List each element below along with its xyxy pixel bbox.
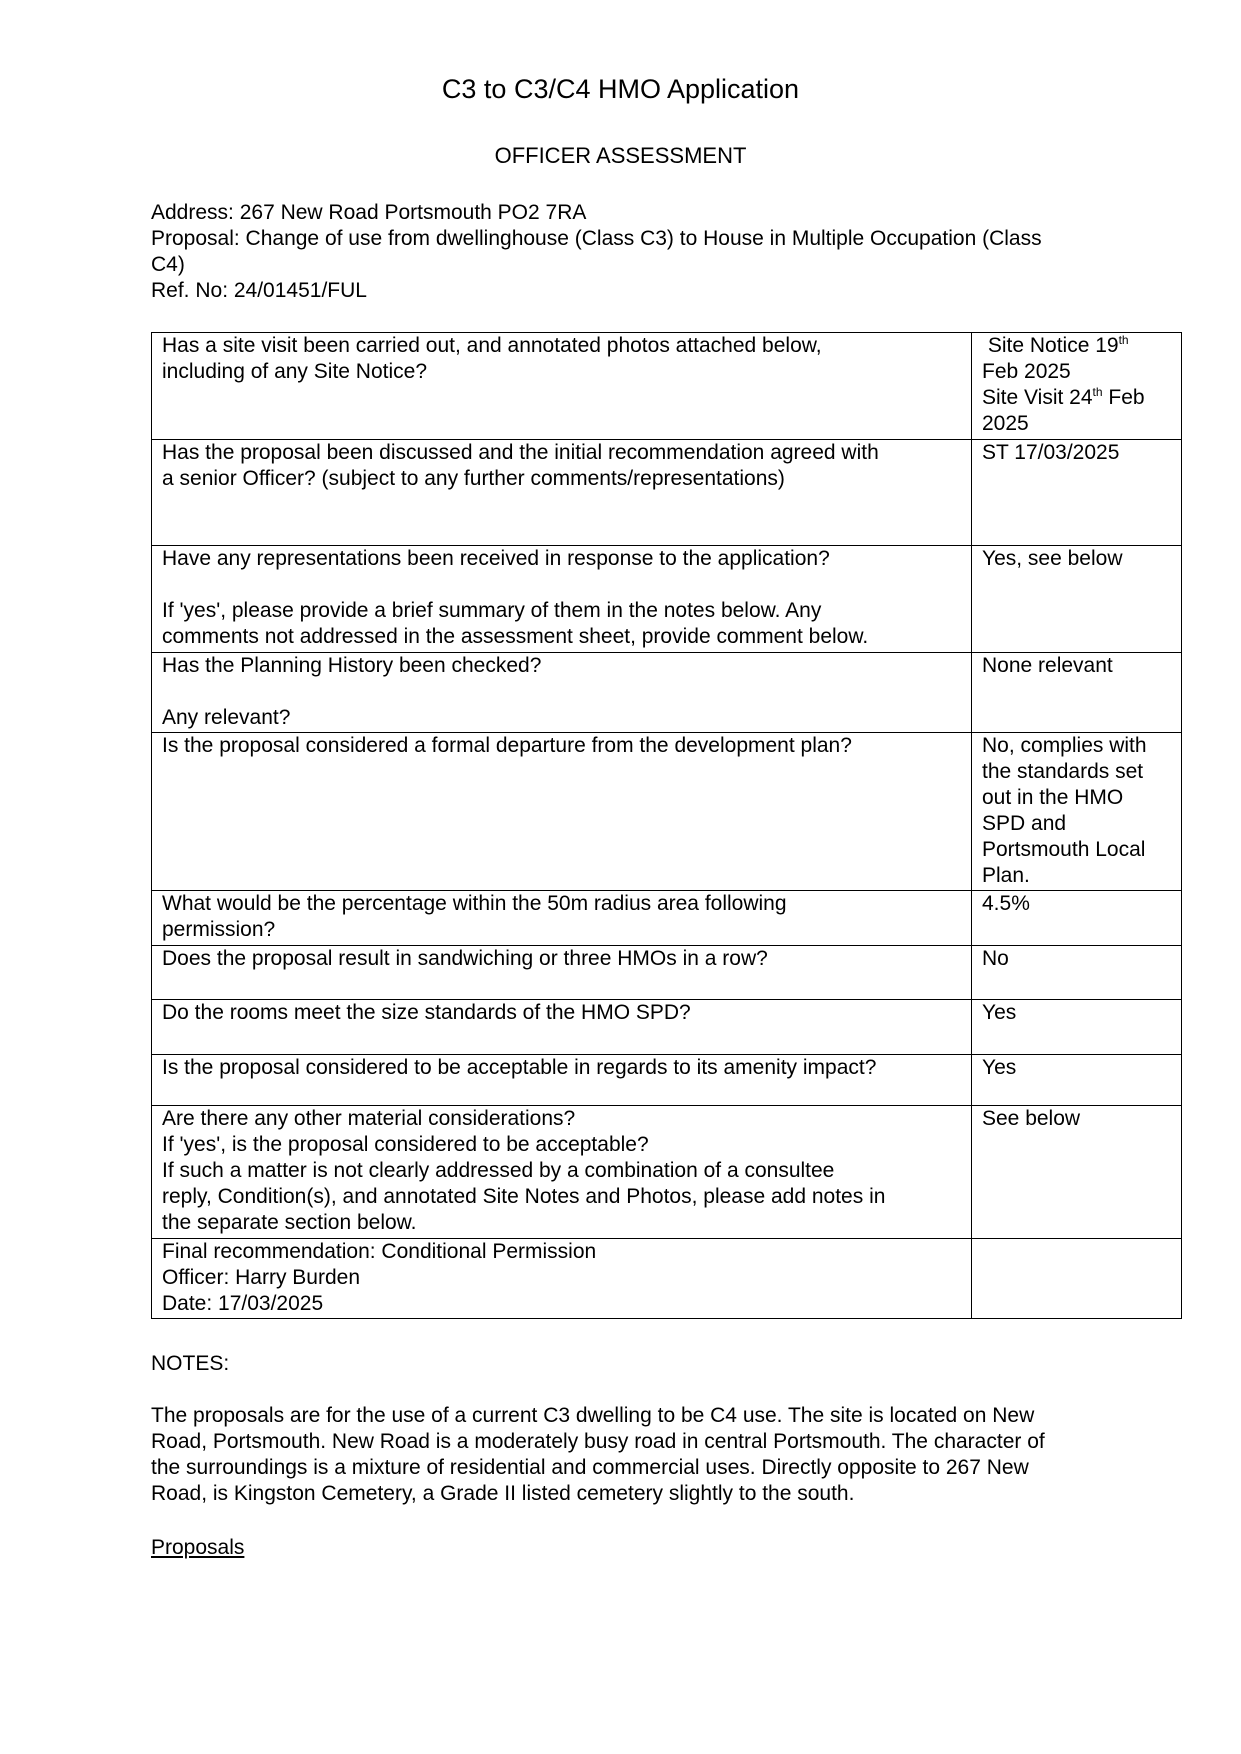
question-cell: Is the proposal considered to be accepta…	[152, 1055, 972, 1106]
question-cell: Are there any other material considerati…	[152, 1106, 972, 1239]
address: Address: 267 New Road Portsmouth PO2 7RA	[151, 200, 1141, 226]
question-cell: Is the proposal considered a formal depa…	[152, 733, 972, 891]
question-cell: Have any representations been received i…	[152, 546, 972, 653]
answer-cell: See below	[972, 1106, 1182, 1239]
notes-line: Road, is Kingston Cemetery, a Grade II l…	[151, 1481, 1151, 1507]
notes-line: The proposals are for the use of a curre…	[151, 1403, 1151, 1429]
application-details: Address: 267 New Road Portsmouth PO2 7RA…	[151, 200, 1141, 304]
answer-cell: Yes	[972, 1055, 1182, 1106]
notes-label: NOTES:	[151, 1352, 229, 1376]
table-row: Has the proposal been discussed and the …	[152, 440, 1182, 546]
question-text: Has a site visit been carried out, and a…	[162, 333, 961, 359]
answer-text: out in the HMO	[982, 785, 1171, 811]
table-row: Has the Planning History been checked? A…	[152, 653, 1182, 733]
answer-cell: No	[972, 946, 1182, 1000]
proposals-heading: Proposals	[151, 1536, 244, 1560]
table-row: Have any representations been received i…	[152, 546, 1182, 653]
site-notice-date-cont: Feb 2025	[982, 359, 1171, 385]
site-notice-date: Site Notice 19th	[982, 333, 1171, 359]
answer-text: No, complies with	[982, 733, 1171, 759]
question-text: Has the Planning History been checked?	[162, 653, 961, 679]
document-subtitle: OFFICER ASSESSMENT	[0, 143, 1241, 169]
table-row: Do the rooms meet the size standards of …	[152, 1000, 1182, 1055]
question-text: the separate section below.	[162, 1210, 961, 1236]
table-row: Is the proposal considered a formal depa…	[152, 733, 1182, 891]
table-row: Is the proposal considered to be accepta…	[152, 1055, 1182, 1106]
proposal-line-1: Proposal: Change of use from dwellinghou…	[151, 226, 1141, 252]
question-cell: Has the Planning History been checked? A…	[152, 653, 972, 733]
spacer	[162, 572, 961, 598]
question-cell: Do the rooms meet the size standards of …	[152, 1000, 972, 1055]
notes-line: Road, Portsmouth. New Road is a moderate…	[151, 1429, 1151, 1455]
question-text: including of any Site Notice?	[162, 359, 961, 385]
notes-line: the surroundings is a mixture of residen…	[151, 1455, 1151, 1481]
question-text: reply, Condition(s), and annotated Site …	[162, 1184, 961, 1210]
table-row: Does the proposal result in sandwiching …	[152, 946, 1182, 1000]
answer-text: the standards set	[982, 759, 1171, 785]
officer-name: Officer: Harry Burden	[162, 1265, 961, 1291]
question-text: permission?	[162, 917, 961, 943]
answer-cell: Yes, see below	[972, 546, 1182, 653]
answer-text: SPD and	[982, 811, 1171, 837]
question-cell: Does the proposal result in sandwiching …	[152, 946, 972, 1000]
table-row: Are there any other material considerati…	[152, 1106, 1182, 1239]
question-cell: Has a site visit been carried out, and a…	[152, 333, 972, 440]
site-visit-date: Site Visit 24th Feb	[982, 385, 1171, 411]
question-text: Are there any other material considerati…	[162, 1106, 961, 1132]
question-text: What would be the percentage within the …	[162, 891, 961, 917]
answer-cell	[972, 1239, 1182, 1319]
question-text: comments not addressed in the assessment…	[162, 624, 961, 650]
question-text: a senior Officer? (subject to any furthe…	[162, 466, 961, 492]
question-text: Have any representations been received i…	[162, 546, 961, 572]
question-cell: What would be the percentage within the …	[152, 891, 972, 946]
final-recommendation-cell: Final recommendation: Conditional Permis…	[152, 1239, 972, 1319]
answer-cell: ST 17/03/2025	[972, 440, 1182, 546]
question-text: If 'yes', is the proposal considered to …	[162, 1132, 961, 1158]
site-visit-year: 2025	[982, 411, 1171, 437]
answer-text: Portsmouth Local	[982, 837, 1171, 863]
reference-number: Ref. No: 24/01451/FUL	[151, 278, 1141, 304]
proposal-line-2: C4)	[151, 252, 1141, 278]
table-row: Final recommendation: Conditional Permis…	[152, 1239, 1182, 1319]
answer-cell: None relevant	[972, 653, 1182, 733]
question-text: If such a matter is not clearly addresse…	[162, 1158, 961, 1184]
answer-text: Plan.	[982, 863, 1171, 889]
question-text: Any relevant?	[162, 705, 961, 731]
notes-body: The proposals are for the use of a curre…	[151, 1403, 1151, 1507]
document-title: C3 to C3/C4 HMO Application	[0, 74, 1241, 105]
assessment-table: Has a site visit been carried out, and a…	[151, 332, 1182, 1319]
table-row: What would be the percentage within the …	[152, 891, 1182, 946]
spacer	[162, 679, 961, 705]
answer-cell: Yes	[972, 1000, 1182, 1055]
final-recommendation: Final recommendation: Conditional Permis…	[162, 1239, 961, 1265]
assessment-date: Date: 17/03/2025	[162, 1291, 961, 1317]
question-cell: Has the proposal been discussed and the …	[152, 440, 972, 546]
answer-cell: Site Notice 19th Feb 2025 Site Visit 24t…	[972, 333, 1182, 440]
question-text: Has the proposal been discussed and the …	[162, 440, 961, 466]
question-text: If 'yes', please provide a brief summary…	[162, 598, 961, 624]
answer-cell: No, complies with the standards set out …	[972, 733, 1182, 891]
table-row: Has a site visit been carried out, and a…	[152, 333, 1182, 440]
answer-cell: 4.5%	[972, 891, 1182, 946]
question-text: Is the proposal considered a formal depa…	[162, 733, 961, 759]
